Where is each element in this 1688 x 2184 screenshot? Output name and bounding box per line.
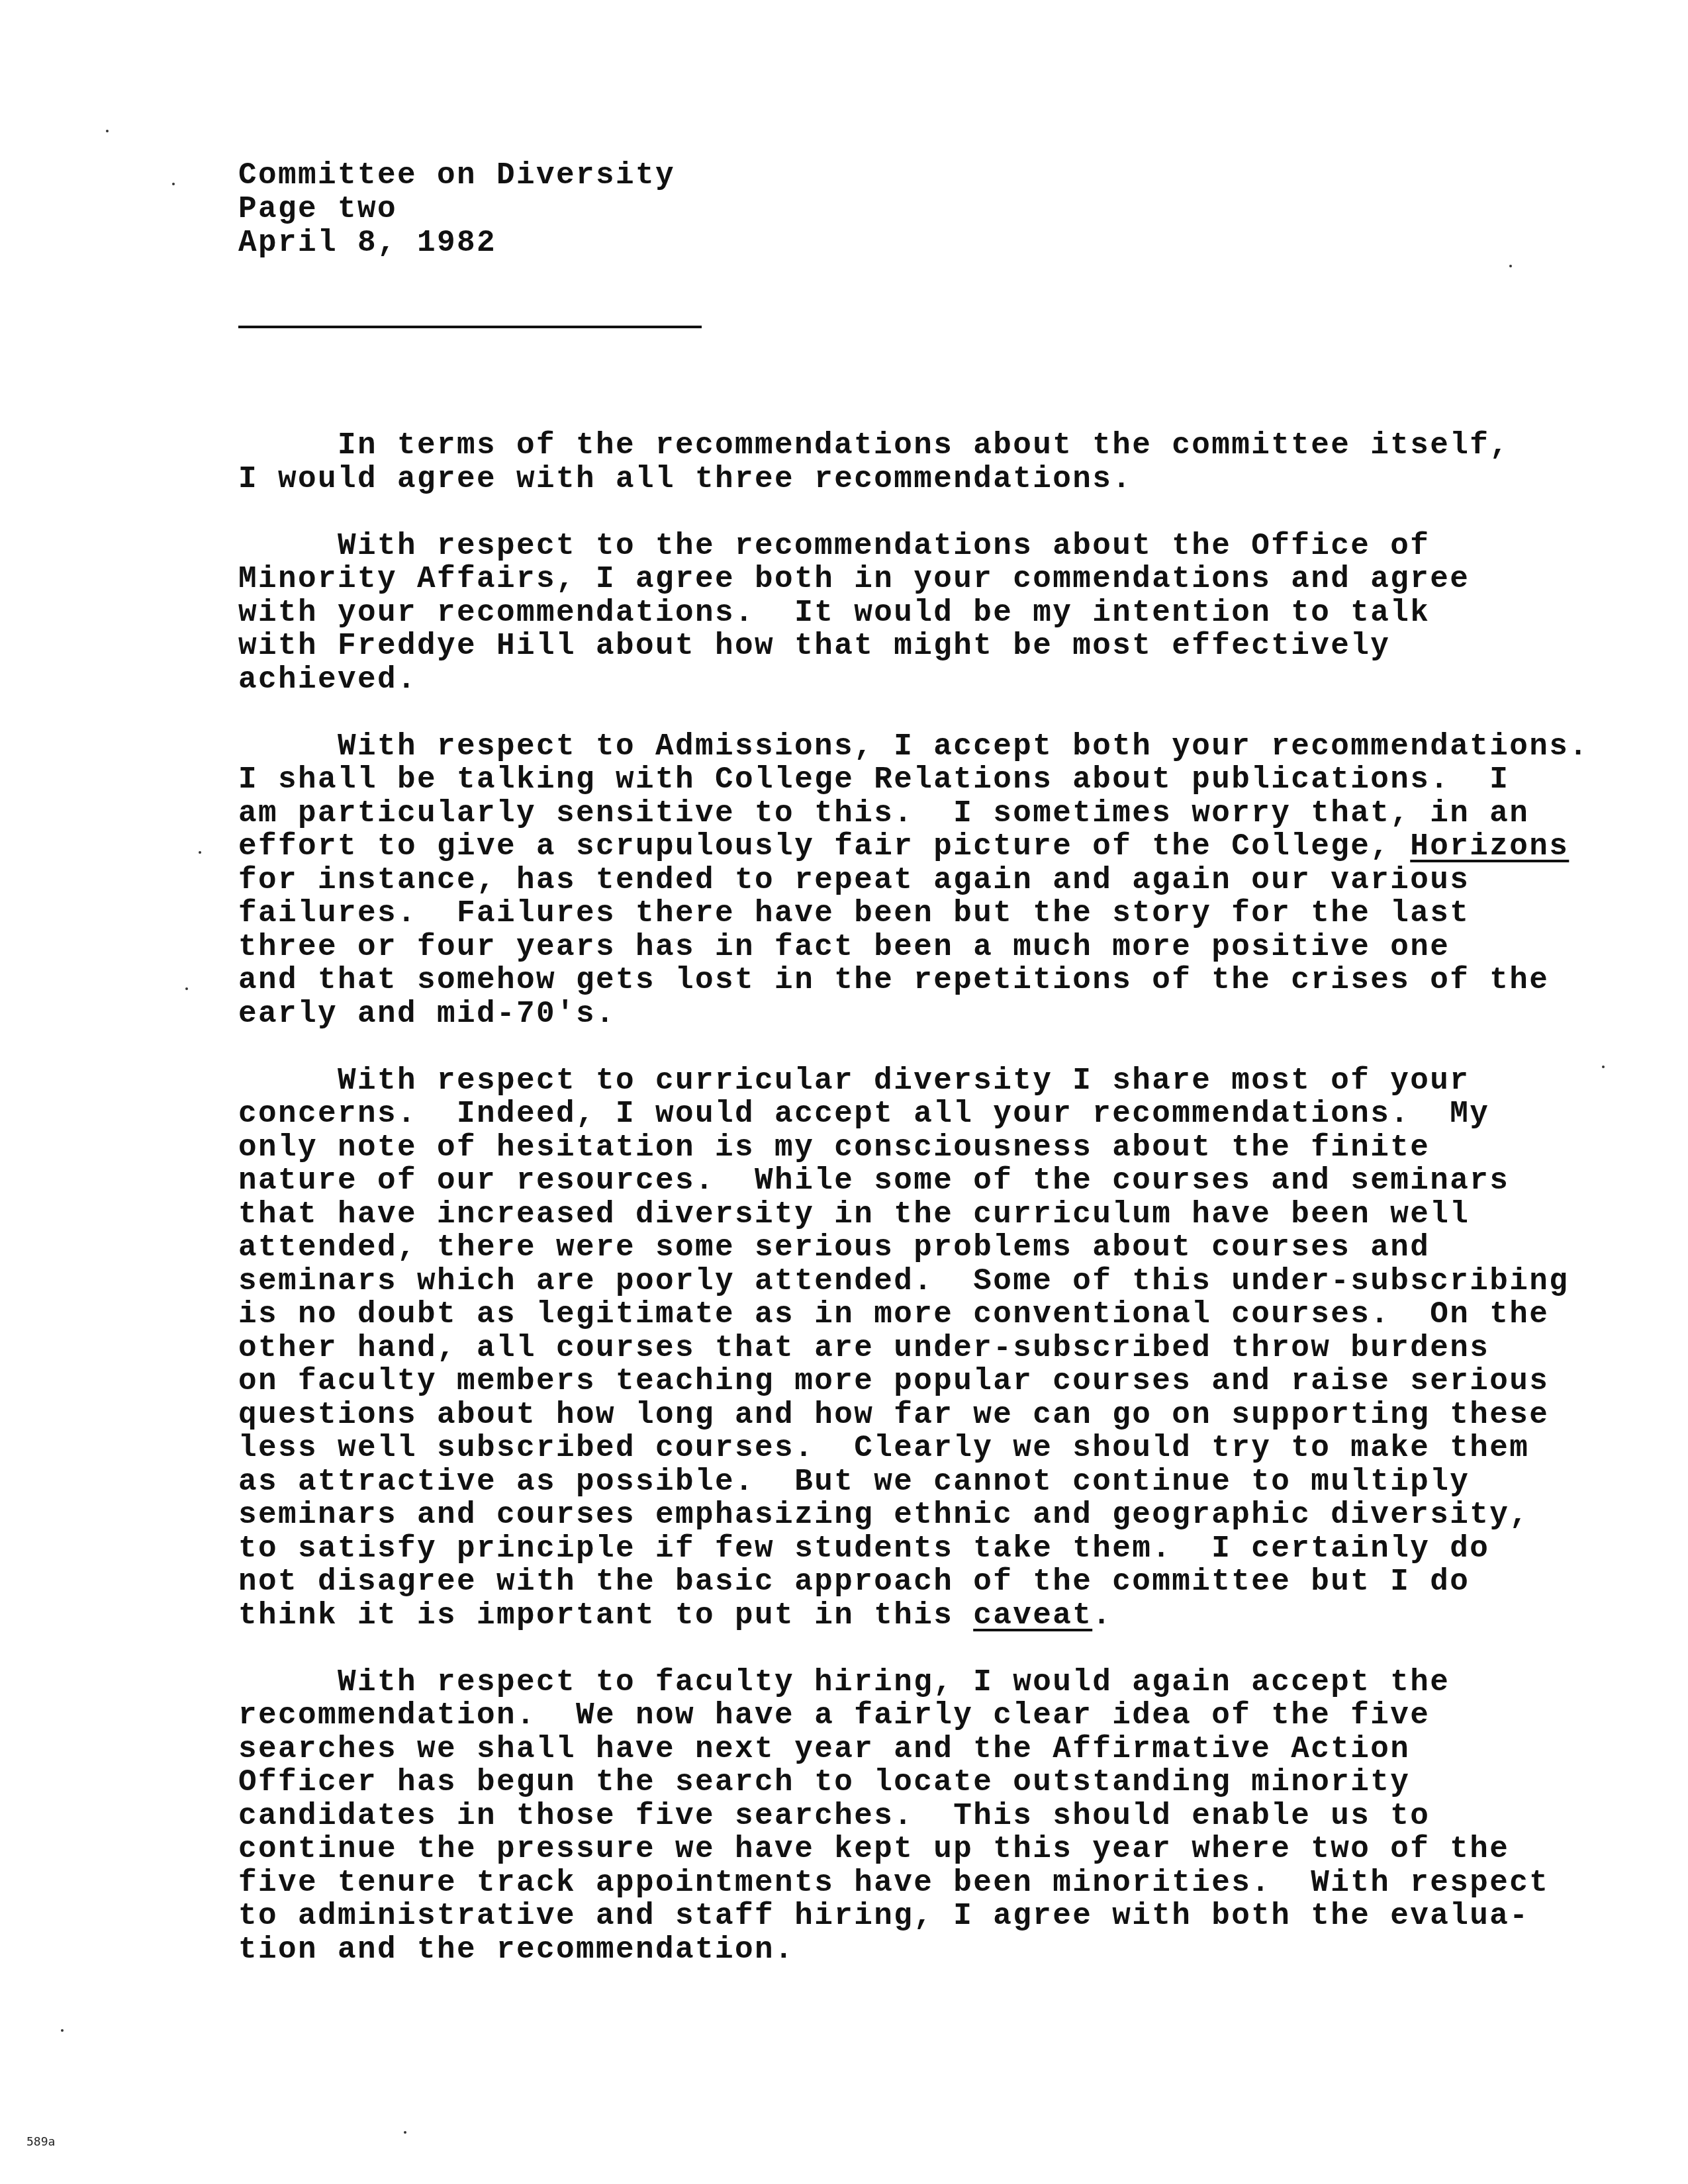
- text-line: not disagree with the basic approach of …: [238, 1565, 1602, 1599]
- page-label: Page two: [238, 193, 675, 226]
- text-line: With respect to faculty hiring, I would …: [238, 1666, 1602, 1700]
- text-line: early and mid-70's.: [238, 997, 1602, 1031]
- paragraph-admissions: With respect to Admissions, I accept bot…: [238, 730, 1602, 1031]
- text-line: recommendation. We now have a fairly cle…: [238, 1699, 1602, 1733]
- text-line: on faculty members teaching more popular…: [238, 1365, 1602, 1398]
- text-line: continue the pressure we have kept up th…: [238, 1833, 1602, 1866]
- text-line: is no doubt as legitimate as in more con…: [238, 1298, 1602, 1332]
- text-line: to satisfy principle if few students tak…: [238, 1532, 1602, 1566]
- text-line: as attractive as possible. But we cannot…: [238, 1465, 1602, 1499]
- scan-speck: [185, 987, 188, 990]
- text-line: failures. Failures there have been but t…: [238, 897, 1602, 931]
- text-line: attended, there were some serious proble…: [238, 1231, 1602, 1265]
- letter-body: In terms of the recommendations about th…: [238, 429, 1602, 2000]
- underlined-title-horizons: Horizons: [1410, 829, 1569, 864]
- text-line: seminars and courses emphasizing ethnic …: [238, 1498, 1602, 1532]
- text-line: With respect to curricular diversity I s…: [238, 1064, 1602, 1098]
- paragraph-faculty-hiring: With respect to faculty hiring, I would …: [238, 1666, 1602, 1967]
- header-divider: [238, 326, 702, 328]
- text-line: with Freddye Hill about how that might b…: [238, 629, 1602, 663]
- text-line: that have increased diversity in the cur…: [238, 1198, 1602, 1232]
- text-line: other hand, all courses that are under-s…: [238, 1332, 1602, 1365]
- text-line: with your recommendations. It would be m…: [238, 596, 1602, 630]
- text-line: only note of hesitation is my consciousn…: [238, 1131, 1602, 1165]
- text-line: searches we shall have next year and the…: [238, 1733, 1602, 1766]
- text-segment: think it is important to put in this: [238, 1598, 973, 1633]
- text-line: In terms of the recommendations about th…: [238, 429, 1602, 463]
- text-line: less well subscribed courses. Clearly we…: [238, 1432, 1602, 1465]
- paragraph-minority-affairs: With respect to the recommendations abou…: [238, 529, 1602, 697]
- text-line: I shall be talking with College Relation…: [238, 763, 1602, 797]
- scan-speck: [61, 2029, 64, 2032]
- text-line: I would agree with all three recommendat…: [238, 463, 1602, 496]
- addressee: Committee on Diversity: [238, 159, 675, 193]
- text-line: nature of our resources. While some of t…: [238, 1164, 1602, 1198]
- text-line: three or four years has in fact been a m…: [238, 931, 1602, 964]
- text-segment: effort to give a scrupulously fair pictu…: [238, 829, 1410, 864]
- scan-speck: [1509, 265, 1512, 267]
- text-line: seminars which are poorly attended. Some…: [238, 1265, 1602, 1298]
- text-line: questions about how long and how far we …: [238, 1398, 1602, 1432]
- document-code: 589a: [26, 2135, 55, 2149]
- text-line: concerns. Indeed, I would accept all you…: [238, 1097, 1602, 1131]
- letter-page: Committee on Diversity Page two April 8,…: [0, 0, 1688, 2184]
- text-line-with-underline: effort to give a scrupulously fair pictu…: [238, 830, 1602, 864]
- text-line: for instance, has tended to repeat again…: [238, 864, 1602, 897]
- letter-header: Committee on Diversity Page two April 8,…: [238, 159, 675, 260]
- text-line: With respect to Admissions, I accept bot…: [238, 730, 1602, 764]
- scan-speck: [404, 2131, 406, 2134]
- text-line: With respect to the recommendations abou…: [238, 529, 1602, 563]
- letter-date: April 8, 1982: [238, 226, 675, 260]
- text-line: am particularly sensitive to this. I som…: [238, 797, 1602, 831]
- underlined-word-caveat: caveat: [973, 1598, 1092, 1633]
- text-segment: .: [1092, 1598, 1112, 1633]
- text-line: Minority Affairs, I agree both in your c…: [238, 563, 1602, 596]
- text-line: Officer has begun the search to locate o…: [238, 1766, 1602, 1799]
- scan-speck: [106, 130, 109, 132]
- scan-speck: [172, 183, 175, 185]
- text-line: five tenure track appointments have been…: [238, 1866, 1602, 1900]
- text-line: tion and the recommendation.: [238, 1933, 1602, 1967]
- text-line: achieved.: [238, 663, 1602, 697]
- text-line: to administrative and staff hiring, I ag…: [238, 1899, 1602, 1933]
- scan-speck: [1602, 1066, 1605, 1068]
- text-line: and that somehow gets lost in the repeti…: [238, 964, 1602, 997]
- paragraph-curricular: With respect to curricular diversity I s…: [238, 1064, 1602, 1633]
- text-line: candidates in those five searches. This …: [238, 1799, 1602, 1833]
- text-line-with-underline: think it is important to put in this cav…: [238, 1599, 1602, 1633]
- paragraph-committee: In terms of the recommendations about th…: [238, 429, 1602, 496]
- scan-speck: [199, 851, 201, 854]
